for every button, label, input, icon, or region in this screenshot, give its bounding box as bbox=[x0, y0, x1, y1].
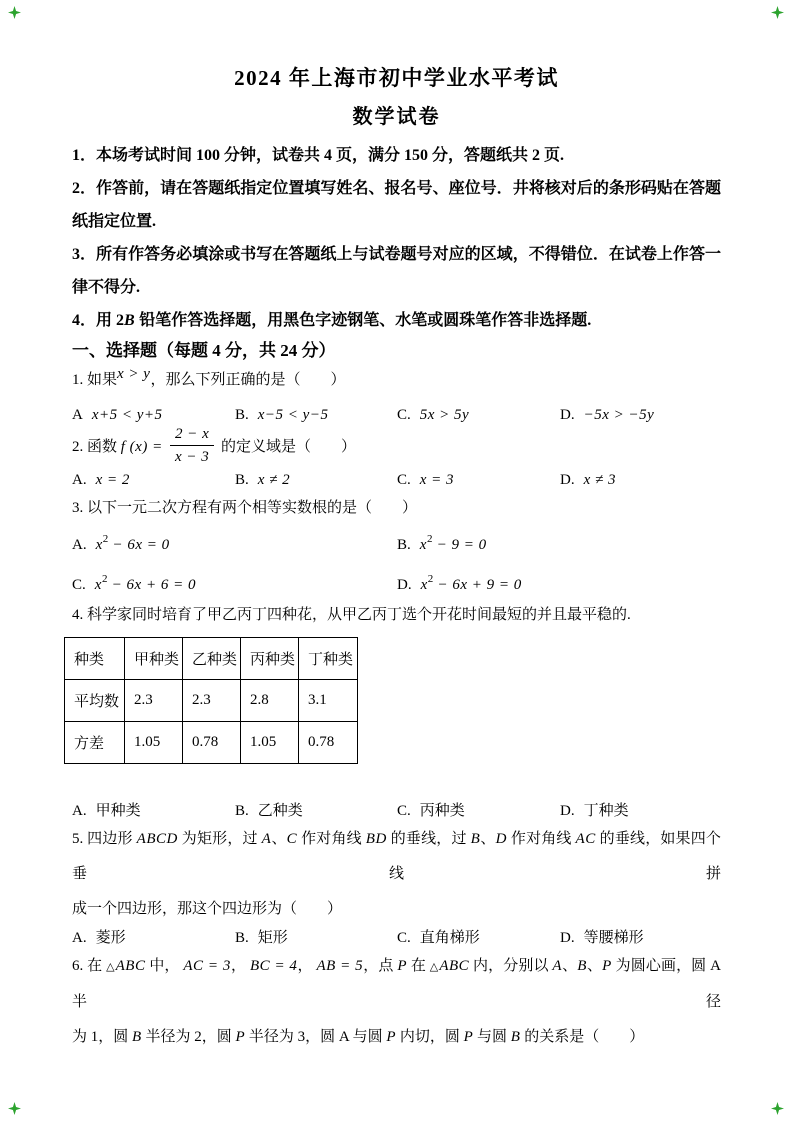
question-3-stem: 3. 以下一元二次方程有两个相等实数根的是（ ） bbox=[72, 491, 721, 526]
option-letter: D. bbox=[560, 930, 575, 946]
option-letter: B. bbox=[235, 930, 249, 946]
option-text: x ≠ 3 bbox=[584, 472, 616, 488]
section-heading: 一、选择题（每题 4 分，共 24 分） bbox=[72, 339, 721, 363]
corner-mark-icon bbox=[8, 6, 21, 19]
option-letter: B. bbox=[235, 803, 249, 819]
fraction: 2 − xx − 3 bbox=[170, 424, 214, 467]
question-5-stem: 5. 四边形 ABCD 为矩形，过 A、C 作对角线 BD 的垂线，过 B、D … bbox=[72, 822, 721, 927]
option-text: 丙种类 bbox=[420, 803, 465, 819]
q4-option-c: C.丙种类 bbox=[397, 800, 560, 822]
q3-option-d: D.x2 − 6x + 9 = 0 bbox=[397, 572, 721, 598]
option-letter: A bbox=[72, 407, 83, 423]
table-cell: 2.3 bbox=[125, 680, 183, 722]
q1-option-c: C.5x > 5y bbox=[397, 404, 560, 426]
table-header-row: 种类 甲种类 乙种类 丙种类 丁种类 bbox=[65, 638, 358, 680]
question-6-stem: 6. 在 △ABC 中， AC = 3， BC = 4， AB = 5，点 P … bbox=[72, 949, 721, 1055]
option-text: x2 − 6x = 0 bbox=[96, 537, 170, 553]
question-1-options: Ax+5 < y+5 B.x−5 < y−5 C.5x > 5y D.−5x >… bbox=[72, 404, 721, 426]
option-text: 甲种类 bbox=[96, 803, 141, 819]
q4-statistics-table: 种类 甲种类 乙种类 丙种类 丁种类 平均数 2.3 2.3 2.8 3.1 方… bbox=[64, 637, 358, 764]
row-label: 方差 bbox=[65, 722, 125, 764]
instruction-3: 3．所有作答务必填涂或书写在答题纸上与试卷题号对应的区域，不得错位．在试卷上作答… bbox=[72, 238, 721, 304]
q4-option-a: A.甲种类 bbox=[72, 800, 235, 822]
exam-page: 2024 年上海市初中学业水平考试 数学试卷 1．本场考试时间 100 分钟，试… bbox=[0, 0, 793, 1122]
table-cell: 2.3 bbox=[183, 680, 241, 722]
option-letter: C. bbox=[72, 577, 86, 593]
option-letter: B. bbox=[235, 472, 249, 488]
q2-option-a: A.x = 2 bbox=[72, 469, 235, 491]
option-text: x−5 < y−5 bbox=[258, 407, 329, 423]
question-4-stem: 4. 科学家同时培育了甲乙丙丁四种花，从甲乙丙丁选个开花时间最短的并且最平稳的. bbox=[72, 598, 721, 633]
question-2-stem: 2. 函数 f (x) = 2 − xx − 3 的定义域是（ ） bbox=[72, 426, 721, 469]
page-title: 2024 年上海市初中学业水平考试 bbox=[72, 64, 721, 92]
q1-option-a: Ax+5 < y+5 bbox=[72, 404, 235, 426]
option-text: 矩形 bbox=[258, 930, 288, 946]
q4-option-d: D.丁种类 bbox=[560, 800, 721, 822]
option-letter: C. bbox=[397, 930, 411, 946]
table-row: 平均数 2.3 2.3 2.8 3.1 bbox=[65, 680, 358, 722]
option-letter: C. bbox=[397, 407, 411, 423]
option-text: 乙种类 bbox=[258, 803, 303, 819]
page-subtitle: 数学试卷 bbox=[72, 104, 721, 131]
q1-option-d: D.−5x > −5y bbox=[560, 404, 721, 426]
q2-option-d: D.x ≠ 3 bbox=[560, 469, 721, 491]
option-letter: A. bbox=[72, 930, 87, 946]
table-cell: 0.78 bbox=[299, 722, 358, 764]
option-text: 5x > 5y bbox=[420, 407, 469, 423]
option-text: 直角梯形 bbox=[420, 930, 480, 946]
exam-instructions: 1．本场考试时间 100 分钟，试卷共 4 页，满分 150 分，答题纸共 2 … bbox=[72, 139, 721, 337]
corner-mark-icon bbox=[771, 1102, 784, 1115]
option-letter: D. bbox=[560, 472, 575, 488]
q3-option-b: B.x2 − 9 = 0 bbox=[397, 532, 721, 558]
corner-mark-icon bbox=[771, 6, 784, 19]
q1-option-b: B.x−5 < y−5 bbox=[235, 404, 397, 426]
question-4-options: A.甲种类 B.乙种类 C.丙种类 D.丁种类 bbox=[72, 800, 721, 822]
q4-option-b: B.乙种类 bbox=[235, 800, 397, 822]
table-header-cell: 种类 bbox=[65, 638, 125, 680]
instruction-2: 2．作答前，请在答题纸指定位置填写姓名、报名号、座位号．井将核对后的条形码贴在答… bbox=[72, 172, 721, 238]
table-cell: 1.05 bbox=[125, 722, 183, 764]
option-text: x = 2 bbox=[96, 472, 130, 488]
option-text: x = 3 bbox=[420, 472, 454, 488]
q5-option-a: A.菱形 bbox=[72, 927, 235, 949]
table-header-cell: 甲种类 bbox=[125, 638, 183, 680]
option-text: 丁种类 bbox=[584, 803, 629, 819]
option-text: −5x > −5y bbox=[584, 407, 655, 423]
q5-option-c: C.直角梯形 bbox=[397, 927, 560, 949]
option-text: x+5 < y+5 bbox=[92, 407, 163, 423]
table-cell: 2.8 bbox=[241, 680, 299, 722]
table-cell: 3.1 bbox=[299, 680, 358, 722]
option-letter: D. bbox=[560, 407, 575, 423]
option-letter: C. bbox=[397, 472, 411, 488]
q5-option-b: B.矩形 bbox=[235, 927, 397, 949]
q5-option-d: D.等腰梯形 bbox=[560, 927, 721, 949]
option-letter: A. bbox=[72, 537, 87, 553]
row-label: 平均数 bbox=[65, 680, 125, 722]
q2-option-b: B.x ≠ 2 bbox=[235, 469, 397, 491]
q3-option-a: A.x2 − 6x = 0 bbox=[72, 532, 397, 558]
question-3-options-row-1: A.x2 − 6x = 0 B.x2 − 9 = 0 bbox=[72, 532, 721, 558]
table-cell: 0.78 bbox=[183, 722, 241, 764]
option-text: 菱形 bbox=[96, 930, 126, 946]
instruction-4: 4．用 2B 铅笔作答选择题，用黑色字迹钢笔、水笔或圆珠笔作答非选择题. bbox=[72, 304, 721, 337]
q2-option-c: C.x = 3 bbox=[397, 469, 560, 491]
table-header-cell: 乙种类 bbox=[183, 638, 241, 680]
table-cell: 1.05 bbox=[241, 722, 299, 764]
question-2-options: A.x = 2 B.x ≠ 2 C.x = 3 D.x ≠ 3 bbox=[72, 469, 721, 491]
option-text: x2 − 6x + 6 = 0 bbox=[95, 577, 196, 593]
instruction-1: 1．本场考试时间 100 分钟，试卷共 4 页，满分 150 分，答题纸共 2 … bbox=[72, 139, 721, 172]
option-letter: A. bbox=[72, 803, 87, 819]
question-1-stem: 1. 如果x > y，那么下列正确的是（ ） bbox=[72, 363, 721, 398]
option-letter: B. bbox=[397, 537, 411, 553]
option-letter: C. bbox=[397, 803, 411, 819]
table-row: 方差 1.05 0.78 1.05 0.78 bbox=[65, 722, 358, 764]
question-5-options: A.菱形 B.矩形 C.直角梯形 D.等腰梯形 bbox=[72, 927, 721, 949]
option-text: x2 − 6x + 9 = 0 bbox=[421, 577, 522, 593]
option-letter: A. bbox=[72, 472, 87, 488]
option-letter: B. bbox=[235, 407, 249, 423]
option-text: x ≠ 2 bbox=[258, 472, 290, 488]
question-3-options-row-2: C.x2 − 6x + 6 = 0 D.x2 − 6x + 9 = 0 bbox=[72, 572, 721, 598]
corner-mark-icon bbox=[8, 1102, 21, 1115]
option-letter: D. bbox=[397, 577, 412, 593]
q3-option-c: C.x2 − 6x + 6 = 0 bbox=[72, 572, 397, 598]
option-letter: D. bbox=[560, 803, 575, 819]
option-text: x2 − 9 = 0 bbox=[420, 537, 487, 553]
table-header-cell: 丁种类 bbox=[299, 638, 358, 680]
table-header-cell: 丙种类 bbox=[241, 638, 299, 680]
option-text: 等腰梯形 bbox=[584, 930, 644, 946]
